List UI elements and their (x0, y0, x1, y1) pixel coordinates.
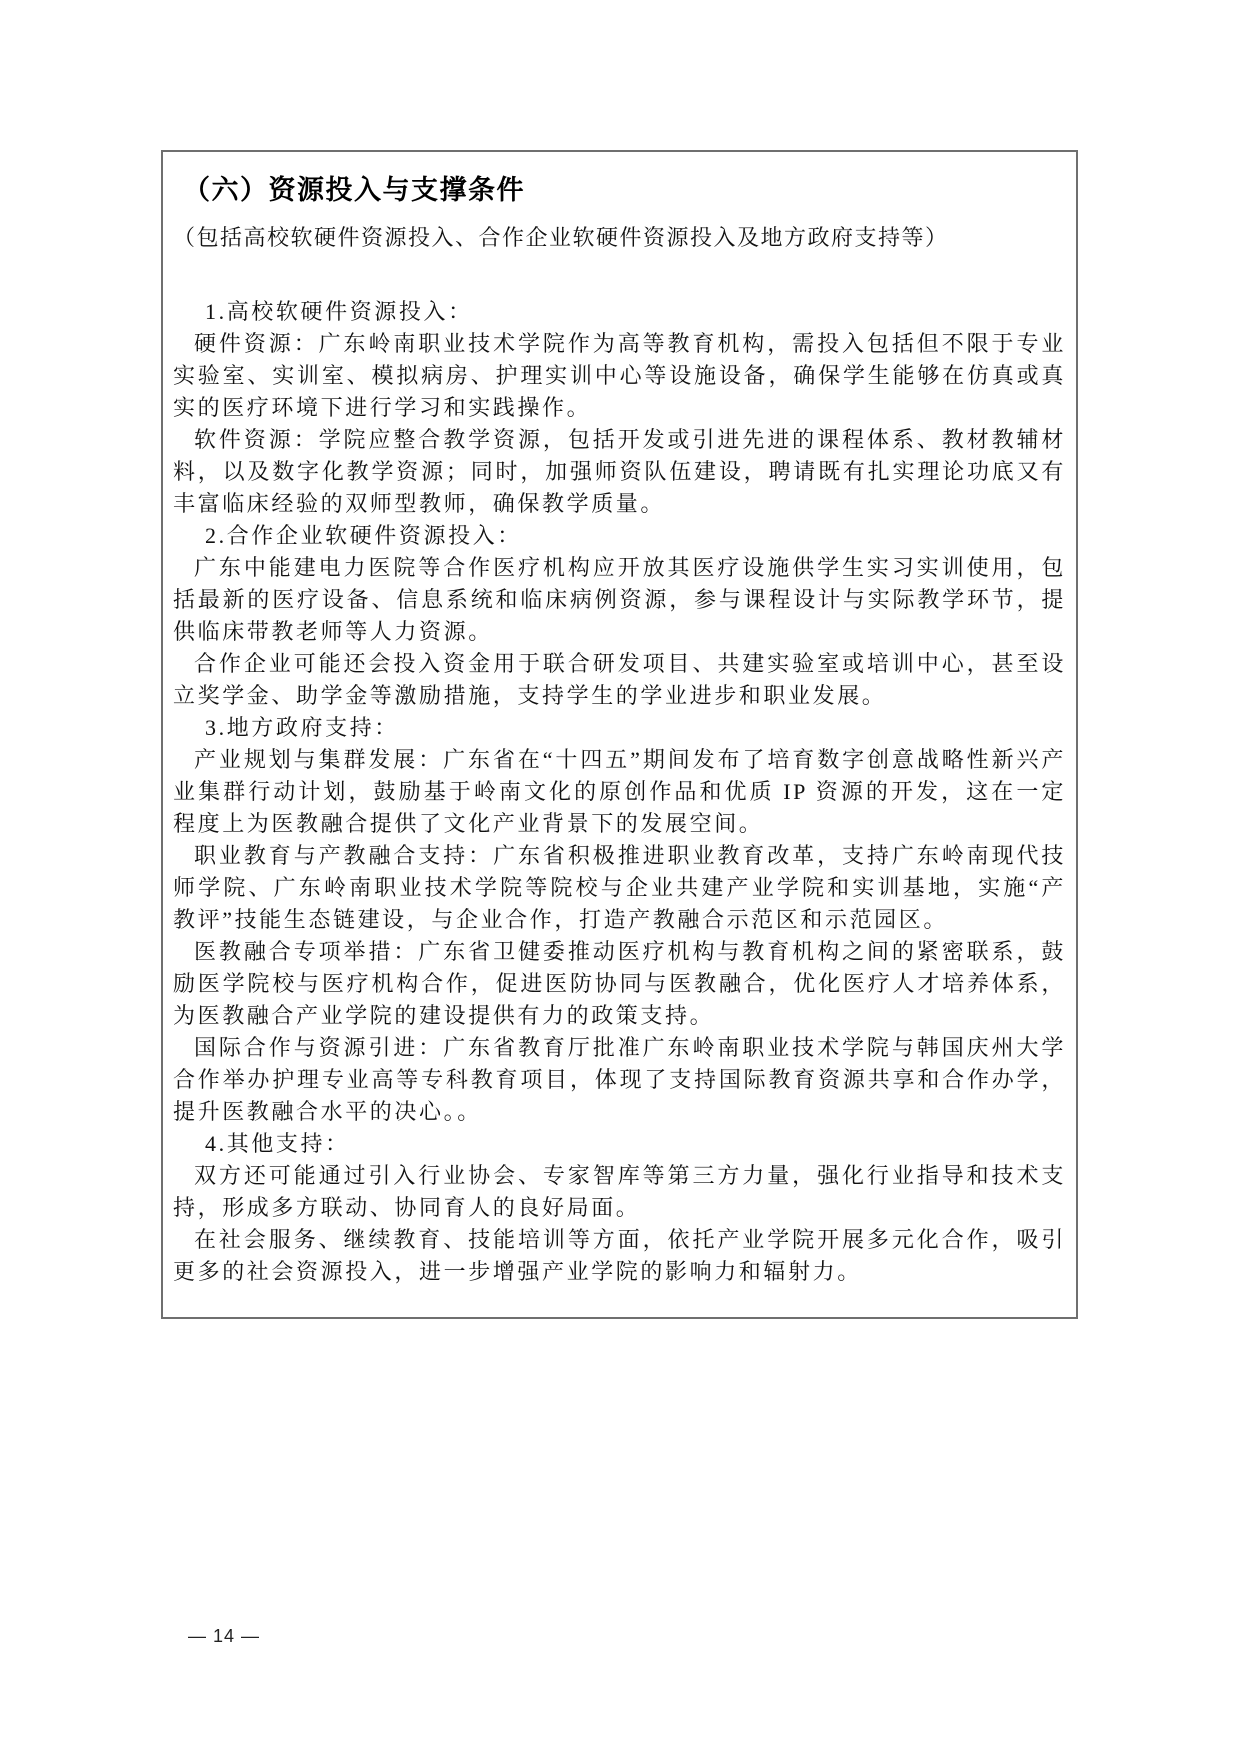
section-content-box: （六）资源投入与支撑条件 （包括高校软硬件资源投入、合作企业软硬件资源投入及地方… (161, 150, 1078, 1319)
numbered-heading: 3.地方政府支持： (173, 712, 1066, 744)
body-paragraph: 在社会服务、继续教育、技能培训等方面，依托产业学院开展多元化合作，吸引更多的社会… (173, 1224, 1066, 1288)
body-paragraph: 合作企业可能还会投入资金用于联合研发项目、共建实验室或培训中心，甚至设立奖学金、… (173, 648, 1066, 712)
numbered-heading: 4.其他支持： (173, 1128, 1066, 1160)
section-body: 1.高校软硬件资源投入： 硬件资源：广东岭南职业技术学院作为高等教育机构，需投入… (173, 296, 1066, 1288)
body-paragraph: 职业教育与产教融合支持：广东省积极推进职业教育改革，支持广东岭南现代技师学院、广… (173, 840, 1066, 936)
body-paragraph: 硬件资源：广东岭南职业技术学院作为高等教育机构，需投入包括但不限于专业实验室、实… (173, 328, 1066, 424)
body-paragraph: 广东中能建电力医院等合作医疗机构应开放其医疗设施供学生实习实训使用，包括最新的医… (173, 552, 1066, 648)
body-paragraph: 医教融合专项举措：广东省卫健委推动医疗机构与教育机构之间的紧密联系，鼓励医学院校… (173, 936, 1066, 1032)
numbered-heading: 2.合作企业软硬件资源投入： (173, 520, 1066, 552)
section-title: （六）资源投入与支撑条件 (183, 168, 1066, 207)
body-paragraph: 双方还可能通过引入行业协会、专家智库等第三方力量，强化行业指导和技术支持，形成多… (173, 1160, 1066, 1224)
body-paragraph: 产业规划与集群发展：广东省在“十四五”期间发布了培育数字创意战略性新兴产业集群行… (173, 744, 1066, 840)
section-note: （包括高校软硬件资源投入、合作企业软硬件资源投入及地方政府支持等） (173, 221, 1066, 252)
page-number: — 14 — (188, 1626, 260, 1647)
numbered-heading: 1.高校软硬件资源投入： (173, 296, 1066, 328)
document-page: { "page": { "background": "#ffffff", "fo… (0, 0, 1240, 1753)
body-paragraph: 软件资源：学院应整合教学资源，包括开发或引进先进的课程体系、教材教辅材料，以及数… (173, 424, 1066, 520)
body-paragraph: 国际合作与资源引进：广东省教育厅批准广东岭南职业技术学院与韩国庆州大学合作举办护… (173, 1032, 1066, 1128)
